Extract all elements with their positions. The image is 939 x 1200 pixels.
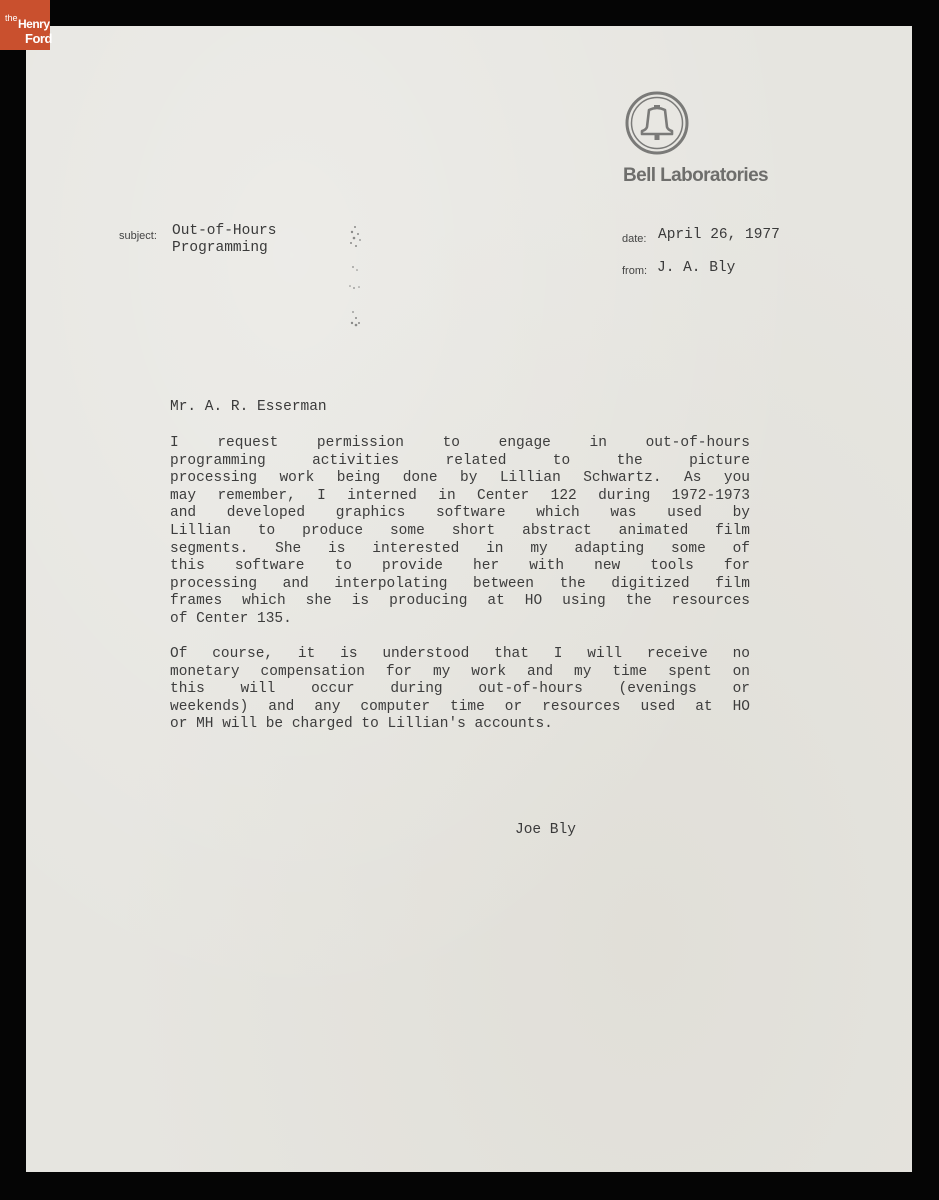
from-value: J. A. Bly xyxy=(657,260,735,278)
text-line: or MH will be charged to Lillian's accou… xyxy=(170,716,750,734)
subject-label: subject: xyxy=(119,230,157,242)
date-label: date: xyxy=(622,233,646,245)
bell-system-logo-icon xyxy=(625,91,689,155)
text-line: processing work being done by Lillian Sc… xyxy=(170,470,750,488)
subject-line-1: Out-of-Hours xyxy=(172,223,276,241)
text-line: frames which she is producing at HO usin… xyxy=(170,593,750,611)
date-value: April 26, 1977 xyxy=(658,227,780,245)
henry-ford-watermark: the Henry Ford xyxy=(0,0,50,50)
subject-line-2: Programming xyxy=(172,240,268,258)
paper-specks xyxy=(340,222,370,332)
text-line: Of course, it is understood that I will … xyxy=(170,646,750,664)
text-line: monetary compensation for my work and my… xyxy=(170,664,750,682)
text-line: and developed graphics software which wa… xyxy=(170,505,750,523)
text-line: this will occur during out-of-hours (eve… xyxy=(170,681,750,699)
company-name: Bell Laboratories xyxy=(623,165,768,187)
text-line: processing and interpolating between the… xyxy=(170,576,750,594)
salutation: Mr. A. R. Esserman xyxy=(170,399,327,417)
text-line: of Center 135. xyxy=(170,611,750,629)
paragraph-1: I request permission to engage in out-of… xyxy=(170,435,750,629)
text-line: Lillian to produce some short abstract a… xyxy=(170,523,750,541)
signature: Joe Bly xyxy=(515,822,576,840)
watermark-ford: Ford xyxy=(25,32,52,45)
text-line: programming activities related to the pi… xyxy=(170,453,750,471)
from-label: from: xyxy=(622,265,647,277)
watermark-henry: Henry xyxy=(18,18,50,30)
text-line: may remember, I interned in Center 122 d… xyxy=(170,488,750,506)
text-line: I request permission to engage in out-of… xyxy=(170,435,750,453)
watermark-the: the xyxy=(5,14,18,23)
text-line: weekends) and any computer time or resou… xyxy=(170,699,750,717)
paragraph-2: Of course, it is understood that I will … xyxy=(170,646,750,734)
text-line: segments. She is interested in my adapti… xyxy=(170,541,750,559)
text-line: this software to provide her with new to… xyxy=(170,558,750,576)
